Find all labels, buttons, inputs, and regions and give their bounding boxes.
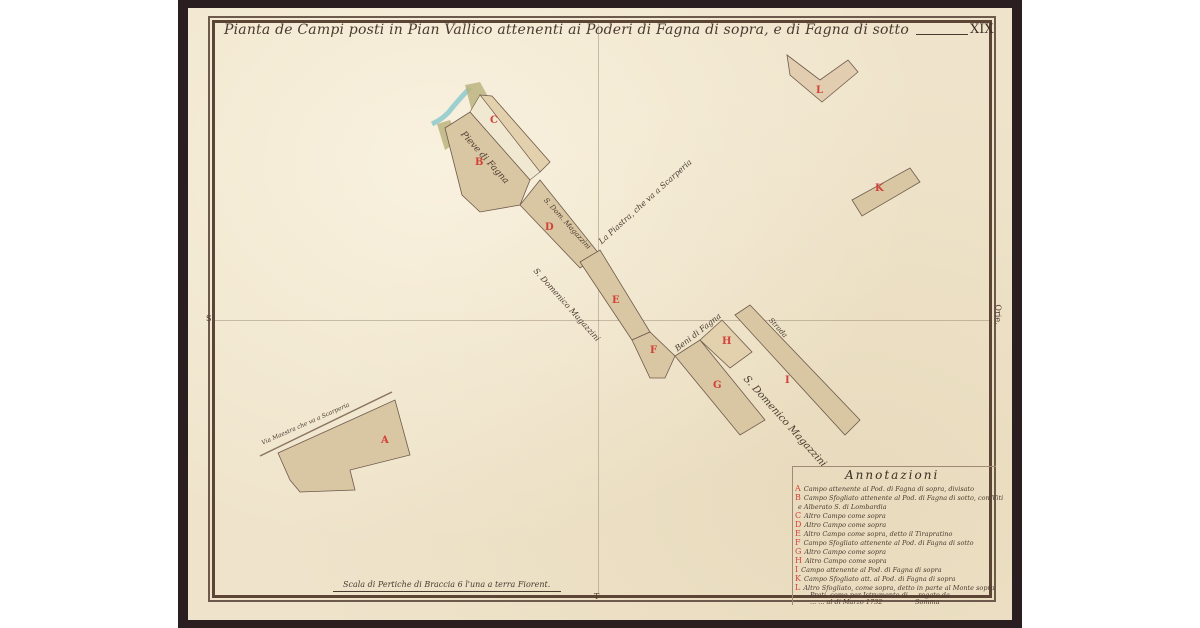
map-drawing [0,0,1200,628]
annotations-title: Annotazioni [845,468,939,482]
parcel-letter-K: K [875,183,884,194]
parcel-letter-A: A [381,435,389,446]
parcel-D [520,180,600,268]
annotation-row: BCampo Sfogliato attenente al Pod. di Fa… [795,493,1003,502]
parcel-letter-F: F [650,345,657,356]
annotation-row: EAltro Campo come sopra, detto il Tirapr… [795,529,952,538]
annotation-row: CAltro Campo come sopra [795,511,886,520]
annotation-row: e Alberato S. di Lombardia [795,502,887,511]
parcel-letter-C: C [490,115,498,126]
annotation-row: ... ... al di Marzo 1732 [810,598,882,606]
annotation-row: FCampo Sfogliato attenente al Pod. di Fa… [795,538,974,547]
parcel-A [278,400,410,492]
parcel-K [852,168,920,216]
annotation-total: Somma [915,598,940,606]
annotation-row: GAltro Campo come sopra [795,547,886,556]
parcel-letter-G: G [713,380,722,391]
annotation-row: ICampo attenente al Pod. di Fagna di sop… [795,565,942,574]
annotation-row: DAltro Campo come sopra [795,520,886,529]
parcel-letter-L: L [816,85,823,96]
annotation-row: HAltro Campo come sopra [795,556,887,565]
parcel-letter-D: D [545,222,554,233]
parcel-letter-I: I [785,375,790,386]
compass-mark-right: Orie. [994,304,1003,324]
scale-label: Scala di Pertiche di Braccia 6 l'una a t… [343,580,550,589]
compass-mark-bottom: T [594,592,599,601]
annotation-row: KCampo Sfogliato att. al Pod. di Fagna d… [795,574,956,583]
parcel-letter-E: E [612,295,620,306]
scale-bar [333,591,561,592]
annotation-row: ACampo attenente al Pod. di Fagna di sop… [795,484,974,493]
parcel-letter-H: H [722,336,731,347]
compass-mark-left: S [206,314,211,323]
